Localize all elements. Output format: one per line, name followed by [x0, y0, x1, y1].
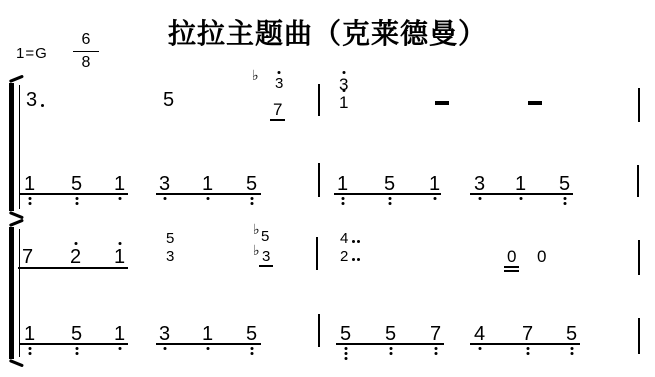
- octave-dots-below: [344, 347, 347, 360]
- note: 5: [71, 174, 82, 194]
- note: 3: [262, 249, 270, 264]
- octave-dot-below: [344, 347, 347, 350]
- score: 35♭373115131515131572153♭5♭3420015131555…: [0, 0, 655, 377]
- octave-dot-above: [278, 71, 281, 74]
- octave-dots-below: [206, 347, 209, 350]
- duration-dots: [352, 240, 360, 243]
- note: 1: [202, 324, 213, 344]
- note: 5: [559, 174, 570, 194]
- octave-dot-below: [526, 347, 529, 350]
- barline: [638, 318, 640, 354]
- eighth-underline: [259, 265, 273, 267]
- duration-dot: [352, 240, 355, 243]
- octave-dot-below: [388, 202, 391, 205]
- octave-dot-above: [342, 71, 345, 74]
- octave-dots-below: [28, 347, 31, 355]
- note: 1: [114, 174, 125, 194]
- octave-dot-below: [563, 202, 566, 205]
- note: 7: [522, 324, 533, 344]
- note: 3: [474, 174, 485, 194]
- octave-dot-below: [28, 352, 31, 355]
- octave-dot-below: [206, 197, 209, 200]
- octave-dot-above: [74, 242, 77, 245]
- rest-note: 0: [537, 248, 546, 265]
- octave-dot-below: [570, 347, 573, 350]
- note: 5: [246, 174, 257, 194]
- duration-dot: [357, 258, 360, 261]
- octave-dots-below: [75, 347, 78, 355]
- note: 3: [166, 249, 174, 264]
- bracket-bar: [9, 227, 14, 359]
- flat-accidental: ♭: [252, 68, 259, 82]
- note: 3: [26, 90, 37, 110]
- note: 1: [429, 174, 440, 194]
- octave-dots-below: [250, 197, 253, 205]
- bracket-hook-top-icon: [9, 75, 24, 83]
- octave-dot-below: [434, 352, 437, 355]
- octave-dot-below: [344, 352, 347, 355]
- dash-note: [528, 101, 542, 105]
- bracket-hook-bottom-icon: [9, 359, 24, 367]
- note: 1: [114, 324, 125, 344]
- octave-dot-below: [563, 197, 566, 200]
- octave-dots-below: [478, 197, 481, 200]
- octave-dot-below: [389, 347, 392, 350]
- flat-accidental: ♭: [253, 243, 260, 257]
- octave-dots-below: [388, 197, 391, 205]
- duration-dots: [41, 104, 44, 107]
- octave-dot-below: [28, 202, 31, 205]
- note: 1: [24, 174, 35, 194]
- note: 3: [159, 174, 170, 194]
- octave-dots-below: [570, 347, 573, 355]
- note: 4: [340, 231, 348, 246]
- octave-dots-below: [519, 197, 522, 200]
- octave-dots-below: [433, 197, 436, 200]
- octave-dots-below: [118, 347, 121, 350]
- octave-dot-below: [118, 197, 121, 200]
- octave-dot-below: [389, 352, 392, 355]
- note: 1: [24, 324, 35, 344]
- octave-dots-below: [250, 347, 253, 355]
- octave-dot-below: [28, 197, 31, 200]
- note: 5: [385, 324, 396, 344]
- note: 7: [273, 101, 282, 118]
- note: 1: [337, 174, 348, 194]
- octave-dot-below: [388, 197, 391, 200]
- octave-dot-below: [434, 347, 437, 350]
- note: 7: [22, 247, 33, 267]
- octave-dot-below: [75, 352, 78, 355]
- octave-dot-below: [344, 357, 347, 360]
- note: 1: [202, 174, 213, 194]
- note: 5: [566, 324, 577, 344]
- barline: [638, 88, 640, 122]
- note: 2: [70, 247, 81, 267]
- octave-dot-below: [526, 352, 529, 355]
- octave-dot-below: [206, 347, 209, 350]
- octave-dot-below: [250, 202, 253, 205]
- octave-dot-above: [342, 89, 345, 92]
- octave-dot-below: [75, 197, 78, 200]
- eighth-underline: [270, 119, 285, 121]
- note: 5: [384, 174, 395, 194]
- octave-dots-below: [563, 197, 566, 205]
- octave-dots-below: [75, 197, 78, 205]
- octave-dot-below: [250, 352, 253, 355]
- octave-dot-below: [478, 197, 481, 200]
- octave-dot-below: [28, 347, 31, 350]
- duration-dot: [352, 258, 355, 261]
- octave-dot-below: [341, 197, 344, 200]
- octave-dots-below: [434, 347, 437, 355]
- note: 3: [275, 76, 283, 91]
- barline: [638, 240, 640, 275]
- octave-dots-below: [163, 347, 166, 350]
- note: 1: [339, 94, 348, 111]
- system-start-barline: [19, 85, 21, 209]
- note: 5: [340, 324, 351, 344]
- octave-dot-below: [75, 202, 78, 205]
- barline: [316, 237, 318, 270]
- octave-dot-below: [250, 347, 253, 350]
- octave-dots-below: [341, 197, 344, 205]
- barline: [637, 165, 639, 197]
- octave-dots-below: [478, 347, 481, 350]
- duration-dots: [352, 258, 360, 261]
- barline: [318, 84, 320, 116]
- note: 5: [261, 229, 269, 244]
- eighth-underline: [504, 266, 519, 268]
- note: 1: [114, 247, 125, 267]
- octave-dots-below: [28, 197, 31, 205]
- octave-dot-below: [118, 347, 121, 350]
- octave-dot-below: [163, 347, 166, 350]
- barline: [318, 314, 320, 347]
- note: 1: [515, 174, 526, 194]
- octave-dots-below: [389, 347, 392, 355]
- dash-note: [435, 101, 449, 105]
- note: 5: [246, 324, 257, 344]
- octave-dot-below: [570, 352, 573, 355]
- bracket-hook-top-icon: [9, 219, 24, 227]
- octave-dots-below: [118, 197, 121, 200]
- duration-dot: [41, 104, 44, 107]
- octave-dot-below: [433, 197, 436, 200]
- octave-dots-below: [163, 197, 166, 200]
- octave-dot-below: [519, 197, 522, 200]
- octave-dot-above: [118, 242, 121, 245]
- flat-accidental: ♭: [253, 222, 260, 236]
- octave-dot-below: [163, 197, 166, 200]
- note: 3: [159, 324, 170, 344]
- octave-dot-below: [250, 197, 253, 200]
- note: 4: [474, 324, 485, 344]
- rest-note: 0: [507, 248, 516, 265]
- barline: [318, 163, 320, 197]
- octave-dot-below: [341, 202, 344, 205]
- note: 5: [166, 231, 174, 246]
- duration-dot: [357, 240, 360, 243]
- note: 7: [430, 324, 441, 344]
- note: 5: [71, 324, 82, 344]
- octave-dots-below: [526, 347, 529, 355]
- bracket-bar: [9, 83, 14, 211]
- note: 5: [163, 90, 174, 110]
- octave-dots-below: [206, 197, 209, 200]
- note: 2: [340, 249, 348, 264]
- octave-dot-below: [478, 347, 481, 350]
- sheet-music-page: 拉拉主题曲（克莱德曼） 1=G 6 8 35♭37311513151513157…: [0, 0, 655, 377]
- octave-dot-below: [75, 347, 78, 350]
- system-start-barline: [19, 229, 21, 357]
- sixteenth-underline: [504, 270, 519, 272]
